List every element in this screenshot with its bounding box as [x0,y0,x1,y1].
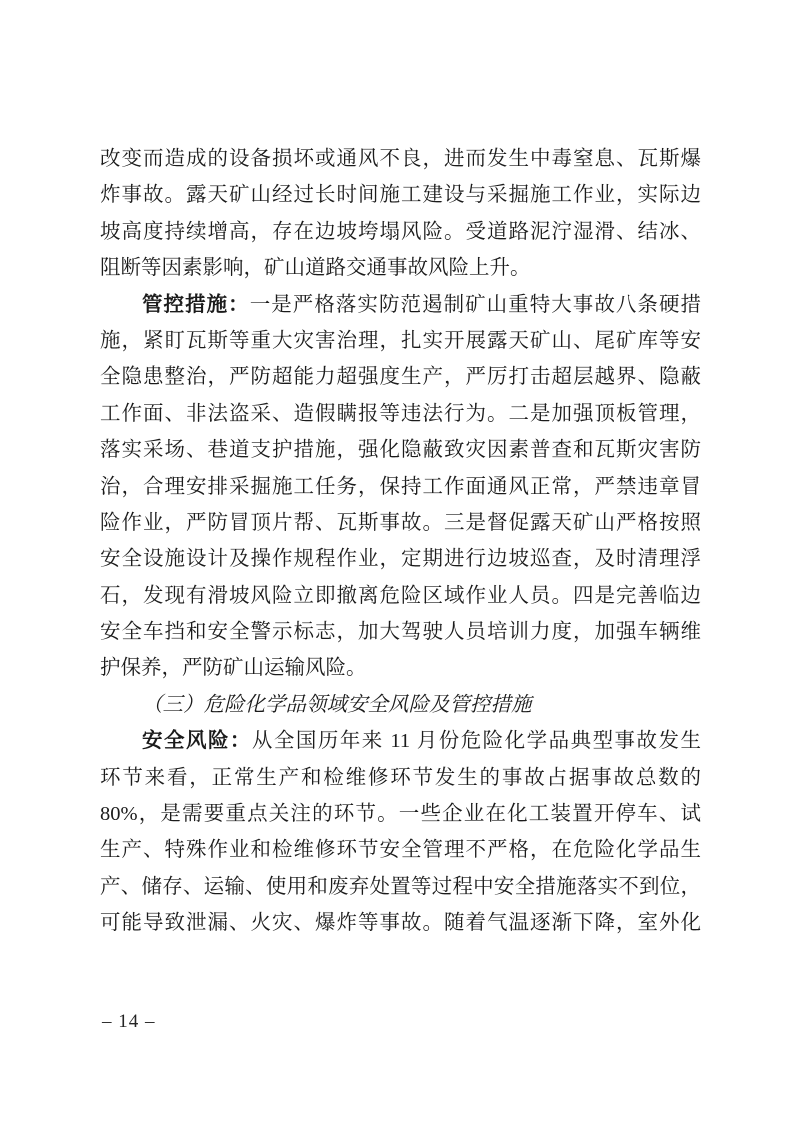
text-line: 坡高度持续增高，存在边坡垮塌风险。受道路泥泞湿滑、结冰、 [100,214,701,250]
document-body: 改变而造成的设备损坏或通风不良，进而发生中毒窒息、瓦斯爆炸事故。露天矿山经过长时… [100,141,701,942]
text-line: 管控措施：一是严格落实防范遏制矿山重特大事故八条硬措 [100,287,701,323]
text-line: 安全风险：从全国历年来 11 月份危险化学品典型事故发生 [100,723,701,759]
bold-run-label: 安全风险： [142,729,252,752]
text-line: 阻断等因素影响，矿山道路交通事故风险上升。 [100,250,701,286]
text-line: 安全设施设计及操作规程作业，定期进行边坡巡查，及时清理浮 [100,541,701,577]
document-page: 改变而造成的设备损坏或通风不良，进而发生中毒窒息、瓦斯爆炸事故。露天矿山经过长时… [0,0,793,1122]
page-number: – 14 – [102,1008,156,1036]
text-line: 落实采场、巷道支护措施，强化隐蔽致灾因素普查和瓦斯灾害防 [100,432,701,468]
text-line: 环节来看，正常生产和检维修环节发生的事故占据事故总数的 [100,760,701,796]
text-line: 石，发现有滑坡风险立即撤离危险区域作业人员。四是完善临边 [100,578,701,614]
text-line: 炸事故。露天矿山经过长时间施工建设与采掘施工作业，实际边 [100,177,701,213]
bold-run-label: 管控措施： [142,293,250,316]
text-line: 治，合理安排采掘施工任务，保持工作面通风正常，严禁违章冒 [100,469,701,505]
text-line: 安全车挡和安全警示标志，加大驾驶人员培训力度，加强车辆维 [100,614,701,650]
text-line: 工作面、非法盗采、造假瞒报等违法行为。二是加强顶板管理， [100,396,701,432]
text-line: 可能导致泄漏、火灾、爆炸等事故。随着气温逐渐下降，室外化 [100,905,701,941]
section-heading: （三）危险化学品领域安全风险及管控措施 [100,687,701,723]
text-line: 护保养，严防矿山运输风险。 [100,650,701,686]
text-line: 生产、特殊作业和检维修环节安全管理不严格，在危险化学品生 [100,832,701,868]
text-line: 险作业，严防冒顶片帮、瓦斯事故。三是督促露天矿山严格按照 [100,505,701,541]
text-line: 80%，是需要重点关注的环节。一些企业在化工装置开停车、试 [100,796,701,832]
text-line: 改变而造成的设备损坏或通风不良，进而发生中毒窒息、瓦斯爆 [100,141,701,177]
text-line: 全隐患整治，严防超能力超强度生产，严厉打击超层越界、隐蔽 [100,359,701,395]
text-line: 施，紧盯瓦斯等重大灾害治理，扎实开展露天矿山、尾矿库等安 [100,323,701,359]
text-line: 产、储存、运输、使用和废弃处置等过程中安全措施落实不到位， [100,869,701,905]
